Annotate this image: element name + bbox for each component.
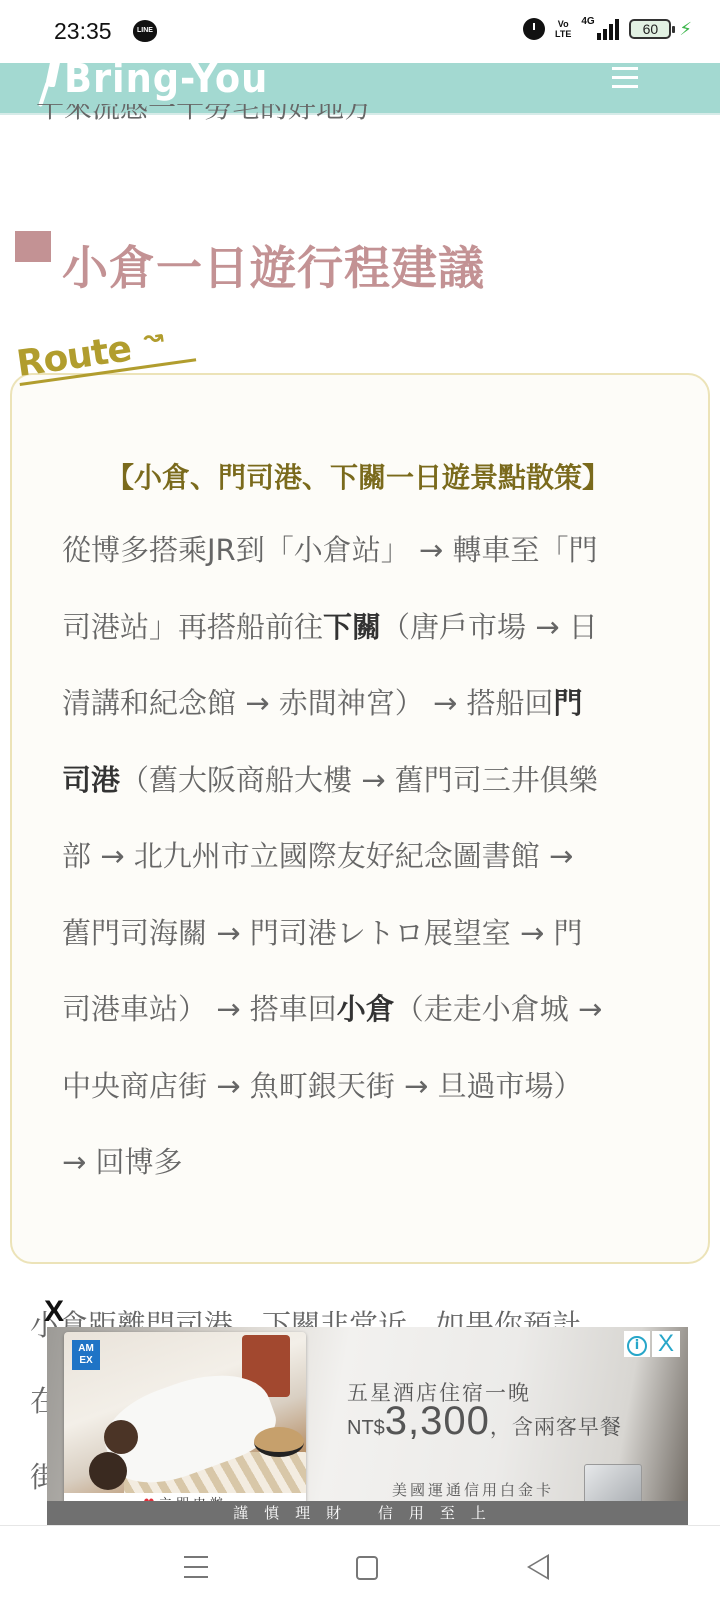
status-time: 23:35 [54,18,112,45]
route-line: 清講和紀念館 → 赤間神宮） → 搭船回門 [62,665,682,742]
volte-top: Vo [558,19,569,29]
signal-bar [603,29,607,40]
menu-lines-icon [184,1556,208,1558]
signal-bar [609,24,613,40]
volte-bottom: LTE [555,29,571,39]
battery-icon: 60 [629,19,671,39]
amex-logo-line: AM [78,1343,94,1354]
amex-logo-icon: AMEX [72,1340,100,1370]
route-description: 從博多搭乘JR到「小倉站」 → 轉車至「門司港站」再搭船前往下關（唐戶市場 → … [62,512,682,1201]
volte-icon: VoLTE [555,19,571,39]
route-line: 司港站」再搭船前往下關（唐戶市場 → 日 [62,589,682,666]
back-button[interactable] [527,1554,549,1580]
hamburger-menu-button[interactable] [612,67,638,93]
status-bar: 23:35 LINE VoLTE 4G 60 ⚡ [0,0,720,63]
route-highlight: 小倉 [337,992,395,1026]
recents-menu-button[interactable] [184,1556,208,1586]
signal-bar [615,19,619,40]
route-line: 從博多搭乘JR到「小倉站」 → 轉車至「門 [62,512,682,589]
menu-lines-icon [184,1566,208,1568]
ad-price-suffix: ，含兩客早餐 [490,1415,622,1439]
route-text: 從博多搭乘JR到「小倉站」 → 轉車至「門 [62,533,597,567]
signal-icon: 4G [581,18,619,40]
route-line: → 回博多 [62,1124,682,1201]
ad-photo-hat [254,1427,304,1457]
ad-currency: NT$ [347,1417,385,1439]
route-line: 舊門司海關 → 門司港レトロ展望室 → 門 [62,895,682,972]
ad-photo[interactable]: AMEX ♥立即申辦 [64,1332,306,1517]
route-text: → 回博多 [62,1145,183,1179]
route-text: 司港站」再搭船前往 [62,610,323,644]
route-line: 部 → 北九州市立國際友好紀念圖書館 → [62,818,682,895]
section-title: 小倉一日遊行程建議 [62,232,485,298]
ad-price: NT$3,300，含兩客早餐 [347,1399,622,1444]
runner-logo-icon [42,57,64,107]
route-highlight: 司港 [62,763,120,797]
route-line: 司港（舊大阪商船大樓 → 舊門司三井俱樂 [62,742,682,819]
status-icons: VoLTE 4G 60 ⚡ [523,18,692,40]
line-notification-icon: LINE [133,20,157,42]
route-text: （走走小倉城 → [395,992,603,1026]
hamburger-icon [612,85,638,88]
ad-disclaimer: 謹慎理財 信用至上 [47,1501,688,1525]
squiggle-arrow-icon: ↝ [141,322,165,353]
route-text: 部 → 北九州市立國際友好紀念圖書館 → [62,839,573,873]
heading-square-icon [15,231,51,262]
logo-text: Bring-You [64,57,268,101]
route-line: 司港車站） → 搭車回小倉（走走小倉城 → [62,971,682,1048]
home-button[interactable] [356,1556,378,1580]
hamburger-icon [612,67,638,70]
credit-card-image [584,1464,642,1504]
route-text: （唐戶市場 → 日 [381,610,598,644]
route-line: 中央商店街 → 魚町銀天街 → 旦過市場） [62,1048,682,1125]
signal-bar [597,33,601,40]
ad-photo-head [104,1420,138,1454]
route-highlight: 下關 [323,610,381,644]
route-text: 司港車站） → 搭車回 [62,992,337,1026]
ad-banner[interactable]: AMEX ♥立即申辦 五星酒店住宿一晚 NT$3,300，含兩客早餐 美國運通信… [47,1327,688,1525]
system-nav-bar [0,1525,720,1612]
route-text: 清講和紀念館 → 赤間神宮） → 搭船回 [62,686,553,720]
ad-info-button[interactable]: i [624,1331,650,1357]
network-type: 4G [581,16,594,27]
ad-photo-head [89,1452,127,1490]
alarm-icon [523,18,545,40]
hamburger-icon [612,76,638,79]
route-text: （舊大阪商船大樓 → 舊門司三井俱樂 [120,763,598,797]
ad-close-button[interactable]: X [652,1331,680,1357]
route-subtitle: 【小倉、門司港、下關一日遊景點散策】 [38,456,678,496]
ad-card-name: 美國運通信用白金卡 [392,1479,554,1500]
route-text: 舊門司海關 → 門司港レトロ展望室 → 門 [62,916,582,950]
amex-logo-line: EX [79,1355,92,1366]
menu-lines-icon [184,1576,208,1578]
charging-icon: ⚡ [679,19,692,40]
site-logo[interactable]: Bring-You [42,57,286,107]
route-highlight: 門 [553,686,582,720]
scrolled-paragraph-fragment: 十來流感一十勞宅的好地方 [36,104,372,122]
route-text: 中央商店街 → 魚町銀天街 → 旦過市場） [62,1069,582,1103]
ad-dismiss-x-button[interactable]: X [44,1297,64,1327]
info-icon: i [627,1336,647,1356]
ad-amount: 3,300 [385,1399,490,1443]
